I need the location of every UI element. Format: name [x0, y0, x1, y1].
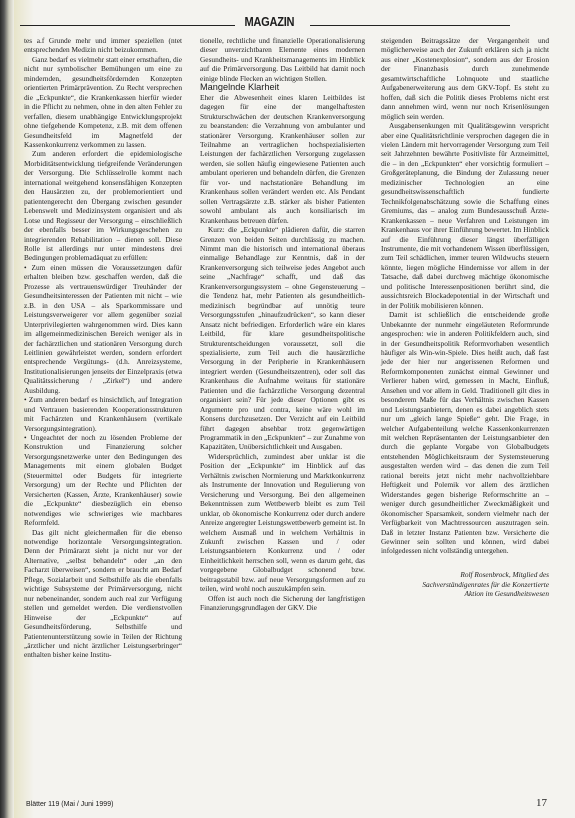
paragraph: Widersprüchlich, zumindest aber unklar i… [200, 452, 365, 594]
paragraph: Zum anderen erfordert die epidemiologisc… [24, 149, 182, 262]
text-column-1: tes a.f Grunde mehr und immer speziellen… [24, 36, 182, 660]
paragraph: steigenden Beitragssätze der Vergangenhe… [381, 36, 549, 121]
section-subheading: Mangelnde Klarheit [200, 83, 365, 92]
paragraph: Ganz bedarf es vielmehr statt einer erns… [24, 55, 182, 150]
section-title: MAGAZIN [243, 14, 296, 29]
issue-footer: Blätter 119 (Mai / Juni 1999) [26, 801, 113, 808]
paragraph: tionelle, rechtliche und finanzielle Ope… [200, 36, 365, 83]
bullet-paragraph: Ungeachtet der noch zu lösenden Probleme… [24, 433, 182, 528]
text-column-3: steigenden Beitragssätze der Vergangenhe… [381, 36, 549, 599]
page-spine-shadow [0, 0, 14, 818]
paragraph: Offen ist auch noch die Sicherung der la… [200, 594, 365, 613]
paragraph: Das gilt nicht gleichermaßen für die ebe… [24, 528, 182, 660]
paragraph: Ausgabensenkungen mit Qualitätsgewinn ve… [381, 121, 549, 310]
header-rule-right [310, 25, 510, 26]
paragraph: Kurz: die „Eckpunkte“ plädieren dafür, d… [200, 225, 365, 452]
header-rule-left [20, 25, 235, 26]
paragraph: Eher die Abwesenheit eines klaren Leitbi… [200, 93, 365, 225]
bullet-paragraph: Zum einen müssen die Voraussetzungen daf… [24, 263, 182, 395]
text-column-2: tionelle, rechtliche und finanzielle Ope… [200, 36, 365, 613]
page-number: 17 [536, 797, 547, 809]
signature-name: Rolf Rosenbrock, Mitglied des [381, 570, 549, 580]
author-signature: Rolf Rosenbrock, Mitglied des Sachverstä… [381, 570, 549, 599]
paragraph: Damit ist schließlich die entscheidende … [381, 310, 549, 556]
bullet-paragraph: Zum anderen bedarf es hinsichtlich, auf … [24, 395, 182, 433]
signature-line-2: Sachverständigenrates für die Konzertier… [381, 580, 549, 590]
signature-line-3: Aktion im Gesundheitswesen [381, 589, 549, 599]
paragraph: tes a.f Grunde mehr und immer speziellen… [24, 36, 182, 55]
section-header: MAGAZIN [20, 14, 560, 34]
